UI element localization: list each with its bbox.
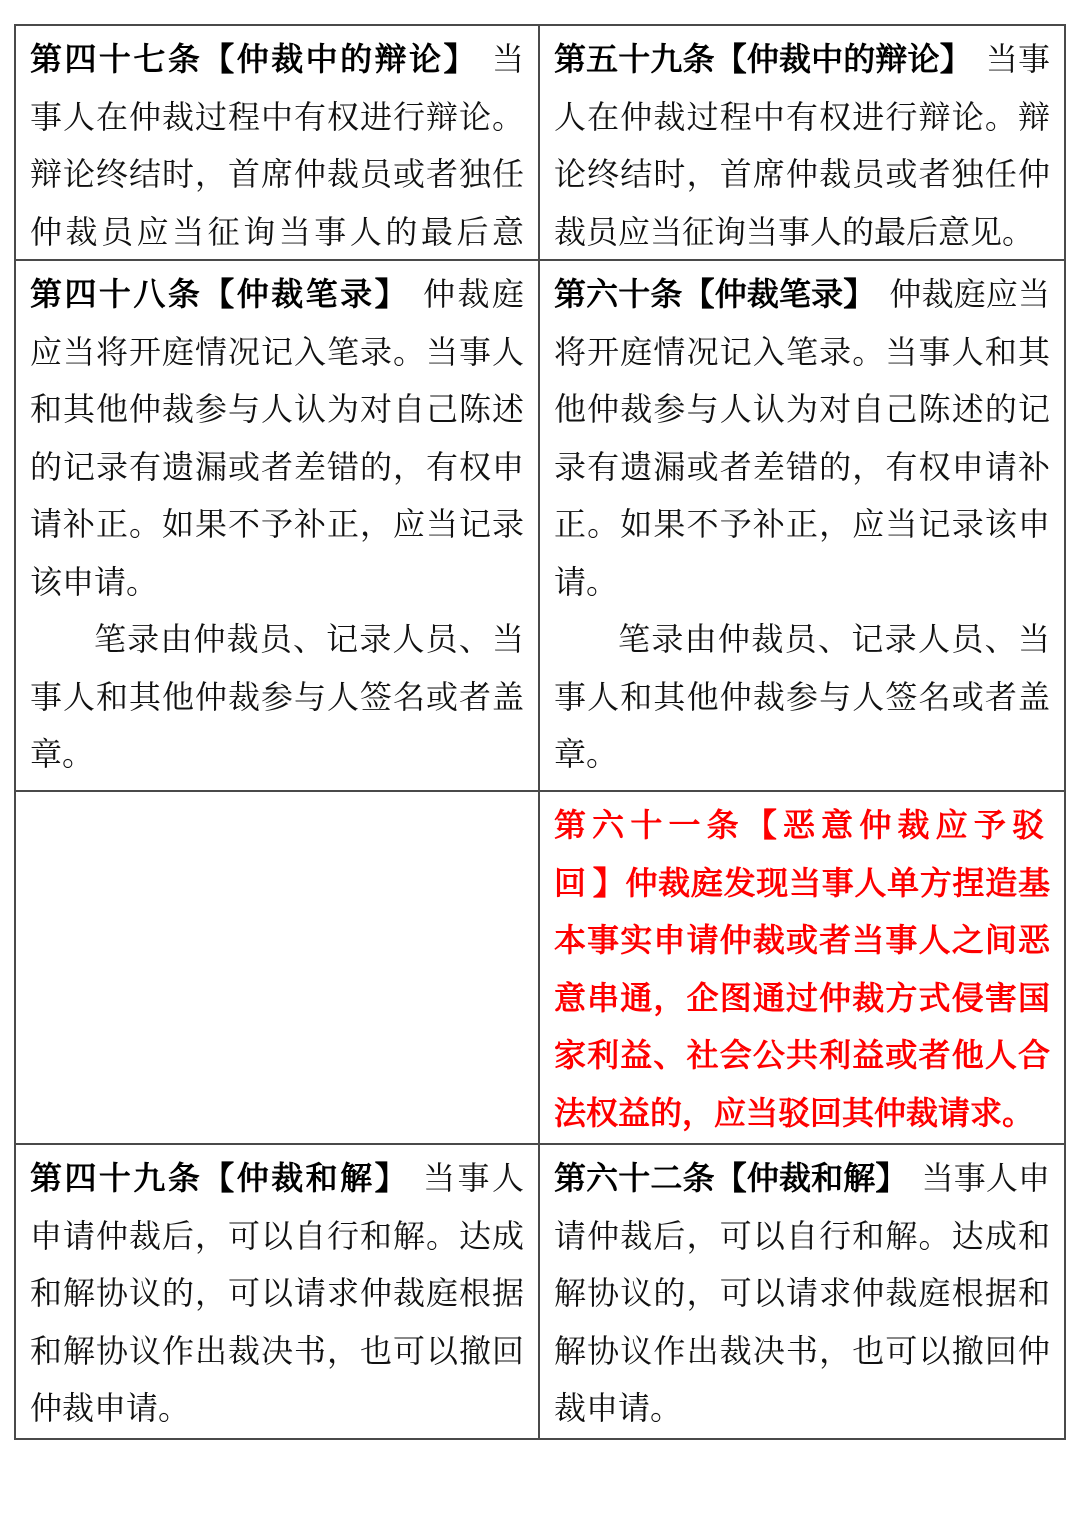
article-text: 仲裁庭应当将开庭情况记入笔录。当事人和其他仲裁参与人认为对自己陈述的记录有遗漏或…	[554, 276, 1050, 600]
article-paragraph: 第四十八条【仲裁笔录】仲裁庭应当将开庭情况记入笔录。当事人和其他仲裁参与人认为对…	[30, 266, 524, 611]
document-page: 第四十七条【仲裁中的辩论】当事人在仲裁过程中有权进行辩论。辩论终结时，首席仲裁员…	[0, 0, 1080, 1527]
article-text: 当事人申请仲裁后，可以自行和解。达成和解协议的，可以请求仲裁庭根据和解协议作出裁…	[30, 1160, 524, 1426]
article-text-red: 仲裁庭发现当事人单方捏造基本事实申请仲裁或者当事人之间恶意串通，企图通过仲裁方式…	[554, 865, 1050, 1131]
cell-article-48: 第四十八条【仲裁笔录】仲裁庭应当将开庭情况记入笔录。当事人和其他仲裁参与人认为对…	[16, 261, 540, 792]
article-title: 第四十八条【仲裁笔录】	[30, 276, 409, 312]
article-text: 当事人申请仲裁后，可以自行和解。达成和解协议的，可以请求仲裁庭根据和解协议作出裁…	[554, 1160, 1050, 1426]
article-title: 第六十二条【仲裁和解】	[554, 1160, 908, 1196]
article-paragraph-red: 第六十一条【恶意仲裁应予驳回】仲裁庭发现当事人单方捏造基本事实申请仲裁或者当事人…	[554, 797, 1050, 1142]
article-paragraph: 第四十九条【仲裁和解】当事人申请仲裁后，可以自行和解。达成和解协议的，可以请求仲…	[30, 1150, 524, 1438]
article-title: 第四十九条【仲裁和解】	[30, 1160, 409, 1196]
comparison-table: 第四十七条【仲裁中的辩论】当事人在仲裁过程中有权进行辩论。辩论终结时，首席仲裁员…	[14, 24, 1066, 1440]
article-title: 第四十七条【仲裁中的辩论】	[30, 41, 478, 77]
article-paragraph: 第四十七条【仲裁中的辩论】当事人在仲裁过程中有权进行辩论。辩论终结时，首席仲裁员…	[30, 31, 524, 261]
article-title: 第五十九条【仲裁中的辩论】	[554, 41, 972, 77]
cell-article-49: 第四十九条【仲裁和解】当事人申请仲裁后，可以自行和解。达成和解协议的，可以请求仲…	[16, 1145, 540, 1438]
cell-article-59: 第五十九条【仲裁中的辩论】当事人在仲裁过程中有权进行辩论。辩论终结时，首席仲裁员…	[540, 26, 1064, 261]
cell-article-62: 第六十二条【仲裁和解】当事人申请仲裁后，可以自行和解。达成和解协议的，可以请求仲…	[540, 1145, 1064, 1438]
article-text: 笔录由仲裁员、记录人员、当事人和其他仲裁参与人签名或者盖章。	[30, 621, 524, 772]
article-paragraph: 第五十九条【仲裁中的辩论】当事人在仲裁过程中有权进行辩论。辩论终结时，首席仲裁员…	[554, 31, 1050, 261]
cell-article-61-highlighted: 第六十一条【恶意仲裁应予驳回】仲裁庭发现当事人单方捏造基本事实申请仲裁或者当事人…	[540, 792, 1064, 1145]
cell-article-60: 第六十条【仲裁笔录】仲裁庭应当将开庭情况记入笔录。当事人和其他仲裁参与人认为对自…	[540, 261, 1064, 792]
article-paragraph: 第六十二条【仲裁和解】当事人申请仲裁后，可以自行和解。达成和解协议的，可以请求仲…	[554, 1150, 1050, 1438]
article-text: 仲裁庭应当将开庭情况记入笔录。当事人和其他仲裁参与人认为对自己陈述的记录有遗漏或…	[30, 276, 524, 600]
article-text: 笔录由仲裁员、记录人员、当事人和其他仲裁参与人签名或者盖章。	[554, 621, 1050, 772]
cell-article-47: 第四十七条【仲裁中的辩论】当事人在仲裁过程中有权进行辩论。辩论终结时，首席仲裁员…	[16, 26, 540, 261]
article-paragraph-2: 笔录由仲裁员、记录人员、当事人和其他仲裁参与人签名或者盖章。	[554, 611, 1050, 784]
article-paragraph-2: 笔录由仲裁员、记录人员、当事人和其他仲裁参与人签名或者盖章。	[30, 611, 524, 784]
cell-empty	[16, 792, 540, 1145]
article-paragraph: 第六十条【仲裁笔录】仲裁庭应当将开庭情况记入笔录。当事人和其他仲裁参与人认为对自…	[554, 266, 1050, 611]
article-title: 第六十条【仲裁笔录】	[554, 276, 875, 312]
